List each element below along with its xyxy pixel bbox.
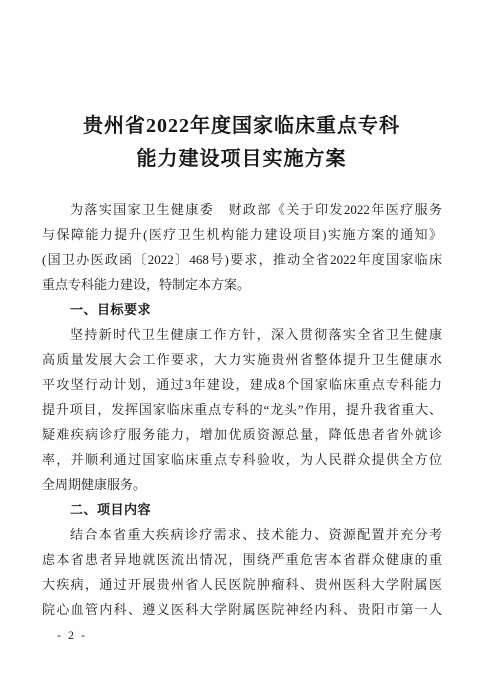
text-line: (国卫办医政函〔2022〕468号)要求，推动全省2022年度国家临床 xyxy=(42,247,442,272)
text-line: 重点专科能力建设，特制定本方案。 xyxy=(42,272,442,297)
title-line-2: 能力建设项目实施方案 xyxy=(0,143,483,176)
section-2-heading: 二、项目内容 xyxy=(42,497,442,522)
text-line: 为落实国家卫生健康委 财政部《关于印发2022年医疗服务 xyxy=(42,197,442,222)
text-line: 率，并顺利通过国家临床重点专科验收，为人民群众提供全方位 xyxy=(42,447,442,472)
section-1-heading: 一、目标要求 xyxy=(42,297,442,322)
text-line: 高质量发展大会工作要求，大力实施贵州省整体提升卫生健康水 xyxy=(42,347,442,372)
text-line: 结合本省重大疾病诊疗需求、技术能力、资源配置并充分考 xyxy=(42,522,442,547)
text-line: 虑本省患者异地就医流出情况，围绕严重危害本省群众健康的重 xyxy=(42,547,442,572)
document-page: 贵州省2022年度国家临床重点专科 能力建设项目实施方案 为落实国家卫生健康委 … xyxy=(0,0,483,685)
text-line: 提升项目，发挥国家临床重点专科的“龙头”作用，提升我省重大、 xyxy=(42,397,442,422)
text-line: 坚持新时代卫生健康工作方针，深入贯彻落实全省卫生健康 xyxy=(42,322,442,347)
text-line: 院心血管内科、遵义医科大学附属医院神经内科、贵阳市第一人 xyxy=(42,597,442,622)
title-line-1: 贵州省2022年度国家临床重点专科 xyxy=(0,110,483,143)
document-title: 贵州省2022年度国家临床重点专科 能力建设项目实施方案 xyxy=(0,110,483,176)
text-line: 全周期健康服务。 xyxy=(42,472,442,497)
text-line: 疑难疾病诊疗服务能力，增加优质资源总量，降低患者省外就诊 xyxy=(42,422,442,447)
document-body: 为落实国家卫生健康委 财政部《关于印发2022年医疗服务与保障能力提升(医疗卫生… xyxy=(42,197,442,622)
text-line: 平攻坚行动计划，通过3年建设，建成8个国家临床重点专科能力 xyxy=(42,372,442,397)
page-number: - 2 - xyxy=(57,628,87,643)
text-line: 大疾病，通过开展贵州省人民医院肿瘤科、贵州医科大学附属医 xyxy=(42,572,442,597)
text-line: 与保障能力提升(医疗卫生机构能力建设项目)实施方案的通知》 xyxy=(42,222,442,247)
